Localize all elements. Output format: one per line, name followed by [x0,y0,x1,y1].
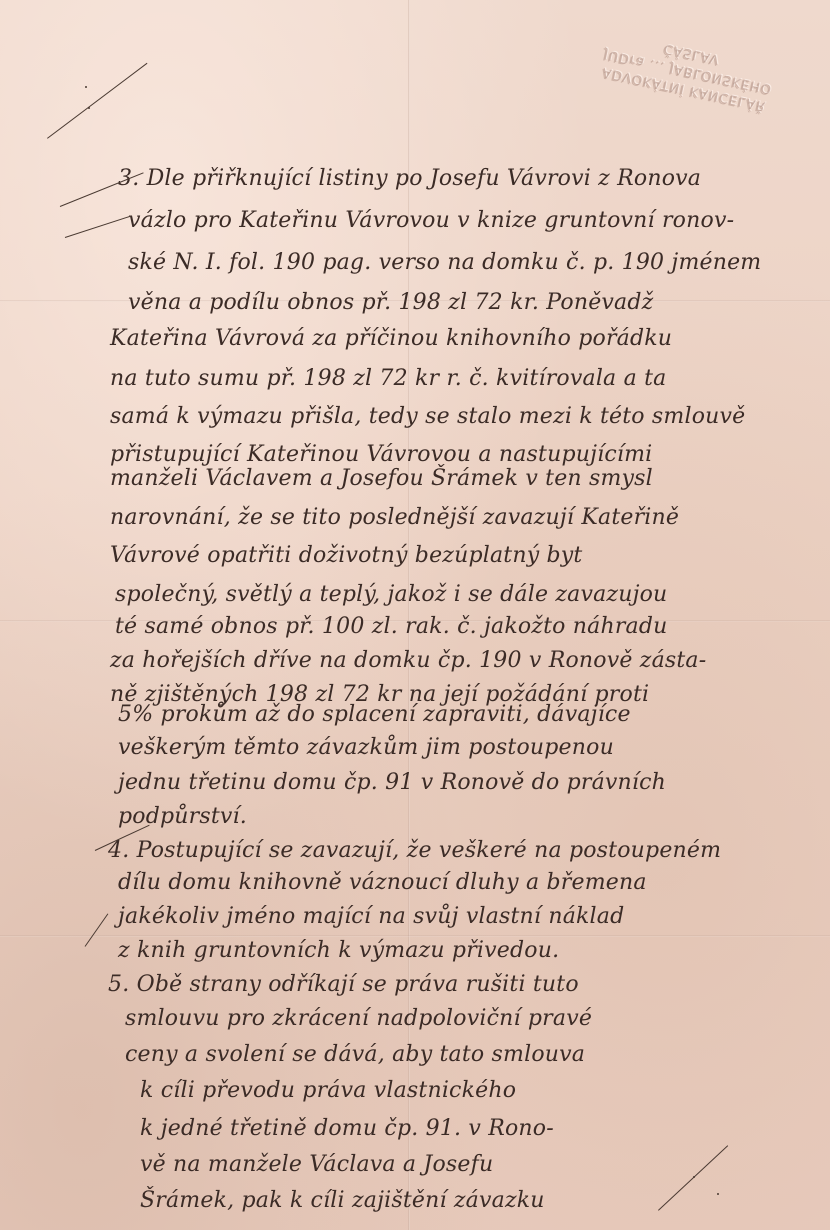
text-line: společný, světlý a teplý, jakož i se dál… [115,582,667,607]
text-line: smlouvu pro zkrácení nadpoloviční pravé [125,1006,592,1031]
text-line: 4. Postupující se zavazují, že veškeré n… [108,838,721,863]
text-line: Šrámek, pak k cíli zajištění závazku [140,1188,545,1213]
text-line: z knih gruntovních k výmazu přivedou. [118,938,559,963]
paper-fold-horizontal [0,935,830,937]
text-line: na tuto sumu př. 198 zl 72 kr r. č. kvit… [110,366,666,391]
embossed-stamp: ADVOKÁTNÍ KANCELÁŘ JUDra ... JABLONSKÉHO… [585,8,795,118]
margin-stroke [65,215,132,238]
text-line: té samé obnos př. 100 zl. rak. č. jakožt… [115,614,668,639]
text-line: přistupující Kateřinou Vávrovou a nastup… [110,442,652,467]
text-line: jakékoliv jméno mající na svůj vlastní n… [118,904,624,929]
text-line: ské N. I. fol. 190 pag. verso na domku č… [128,250,761,275]
text-line: veškerým těmto závazkům jim postoupenou [118,735,614,760]
ink-dot [88,107,90,109]
text-line: Vávrové opatřiti doživotný bezúplatný by… [110,543,582,568]
slash-mark [47,63,147,139]
text-line: 5% prokům až do splacení zapraviti, dáva… [118,702,631,727]
ink-dot [717,1193,719,1195]
text-line: k jedné třetině domu čp. 91. v Rono- [140,1116,554,1141]
text-line: jednu třetinu domu čp. 91 v Ronově do pr… [118,770,666,795]
text-line: Kateřina Vávrová za příčinou knihovního … [110,326,672,351]
text-line: 5. Obě strany odříkají se práva rušiti t… [108,972,579,997]
text-line: věna a podílu obnos př. 198 zl 72 kr. Po… [128,290,653,315]
text-line: narovnání, že se tito poslednější zavazu… [110,505,679,530]
ink-dot [693,1176,695,1178]
ink-dot [85,86,87,88]
text-line: dílu domu knihovně váznoucí dluhy a břem… [118,870,647,895]
text-line: za hořejších dříve na domku čp. 190 v Ro… [110,648,706,673]
text-line: vázlo pro Kateřinu Vávrovou v knize grun… [128,208,734,233]
document-page: ADVOKÁTNÍ KANCELÁŘ JUDra ... JABLONSKÉHO… [0,0,830,1230]
text-line: 3. Dle přiřknující listiny po Josefu Váv… [118,166,701,191]
text-line: samá k výmazu přišla, tedy se stalo mezi… [110,404,745,429]
text-line: ceny a svolení se dává, aby tato smlouva [125,1042,585,1067]
text-line: podpůrství. [118,804,247,829]
margin-stroke [85,913,109,946]
text-line: vě na manžele Václava a Josefu [140,1152,493,1177]
text-line: k cíli převodu práva vlastnického [140,1078,516,1103]
text-line: manželi Václavem a Josefou Šrámek v ten … [110,466,653,491]
